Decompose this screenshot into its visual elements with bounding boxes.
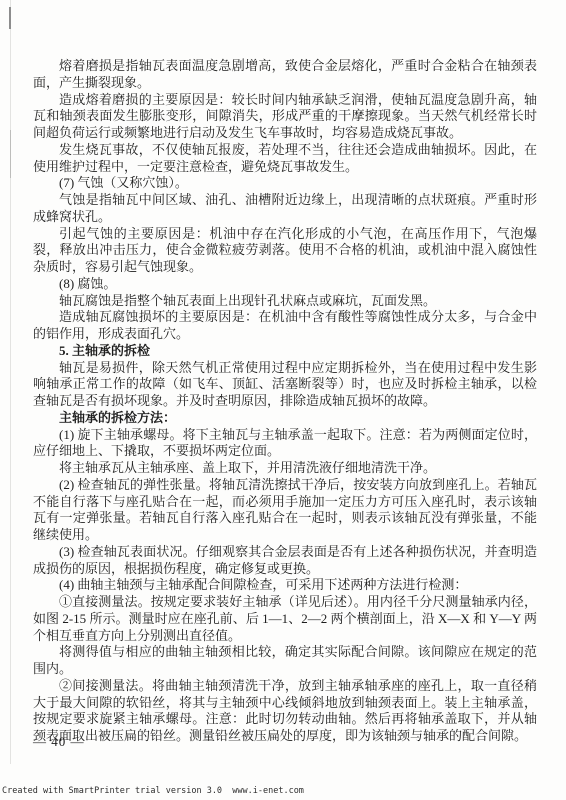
step-3: (3) 检查轴瓦表面状况。仔细观察其合金层表面是否有上述各种损伤状况，并查明造成…	[33, 544, 537, 578]
scan-edge-line	[10, 0, 11, 764]
scan-edge-artifact	[9, 7, 11, 29]
scan-edge-artifact-faint	[10, 130, 11, 178]
paragraph: 将主轴承瓦从主轴承座、盖上取下，并用清洗液仔细地清洗干净。	[33, 460, 537, 477]
paragraph: 熔着磨损是指轴瓦表面温度急剧增高，致使合金层熔化，严重时合金粘合在轴颈表面，产生…	[33, 58, 537, 92]
list-item-7-cavitation: (7) 气蚀（又称穴蚀）。	[33, 175, 537, 192]
method-indirect-measurement: ②间接测量法。将曲轴主轴颈清洗干净，放到主轴承轴承座的座孔上，取一直径稍大于最大…	[33, 678, 537, 745]
paragraph: 轴瓦是易损件，除天然气机正常使用过程中应定期拆检外，当在使用过程中发生影响轴承正…	[33, 360, 537, 410]
paragraph: 气蚀是指轴瓦中间区域、油孔、油槽附近边缘上，出现清晰的点状斑痕。严重时形成蜂窝状…	[33, 192, 537, 226]
page-body: 熔着磨损是指轴瓦表面温度急剧增高，致使合金层熔化，严重时合金粘合在轴颈表面，产生…	[33, 58, 537, 745]
method-direct-measurement: ①直接测量法。按规定要求装好主轴承（详见后述）。用内径千分尺测量轴承内径，如图 …	[33, 594, 537, 644]
subheading-inspection-methods: 主轴承的拆检方法：	[33, 410, 537, 427]
paragraph: 造成熔着磨损的主要原因是：较长时间内轴承缺乏润滑，使轴瓦温度急剧升高，轴瓦和轴颈…	[33, 92, 537, 142]
step-2: (2) 检查轴瓦的弹性张量。将轴瓦清洗擦拭干净后，按安装方向放到座孔上。若轴瓦不…	[33, 477, 537, 544]
step-4: (4) 曲轴主轴颈与主轴承配合间隙检查，可采用下述两种方法进行检测：	[33, 577, 537, 594]
paragraph: 轴瓦腐蚀是指整个轴瓦表面上出现针孔状麻点或麻坑，瓦面发黑。	[33, 293, 537, 310]
paragraph: 造成轴瓦腐蚀损坏的主要原因是：在机油中含有酸性等腐蚀性成分太多，与合金中的铝作用…	[33, 309, 537, 343]
paragraph: 发生烧瓦事故，不仅使轴瓦报废，若处理不当，往往还会造成曲轴损坏。因此，在使用维护…	[33, 142, 537, 176]
section-heading-main-bearing-inspection: 5. 主轴承的拆检	[33, 343, 537, 360]
list-item-8-corrosion: (8) 腐蚀。	[33, 276, 537, 293]
smartprinter-watermark: Created with SmartPrinter trial version …	[2, 786, 304, 796]
paragraph: 引起气蚀的主要原因是：机油中存在汽化形成的小气泡，在高压作用下，气泡爆裂，释放出…	[33, 226, 537, 276]
paragraph: 将测得值与相应的曲轴主轴颈相比较，确定其实际配合间隙。该间隙应在规定的范围内。	[33, 644, 537, 678]
step-1: (1) 旋下主轴承螺母。将下主轴瓦与主轴承盖一起取下。注意：若为两侧面定位时，应…	[33, 427, 537, 461]
scanned-book-page: 熔着磨损是指轴瓦表面温度急剧增高，致使合金层熔化，严重时合金粘合在轴颈表面，产生…	[0, 0, 566, 800]
page-number: — 40 —	[33, 734, 85, 750]
